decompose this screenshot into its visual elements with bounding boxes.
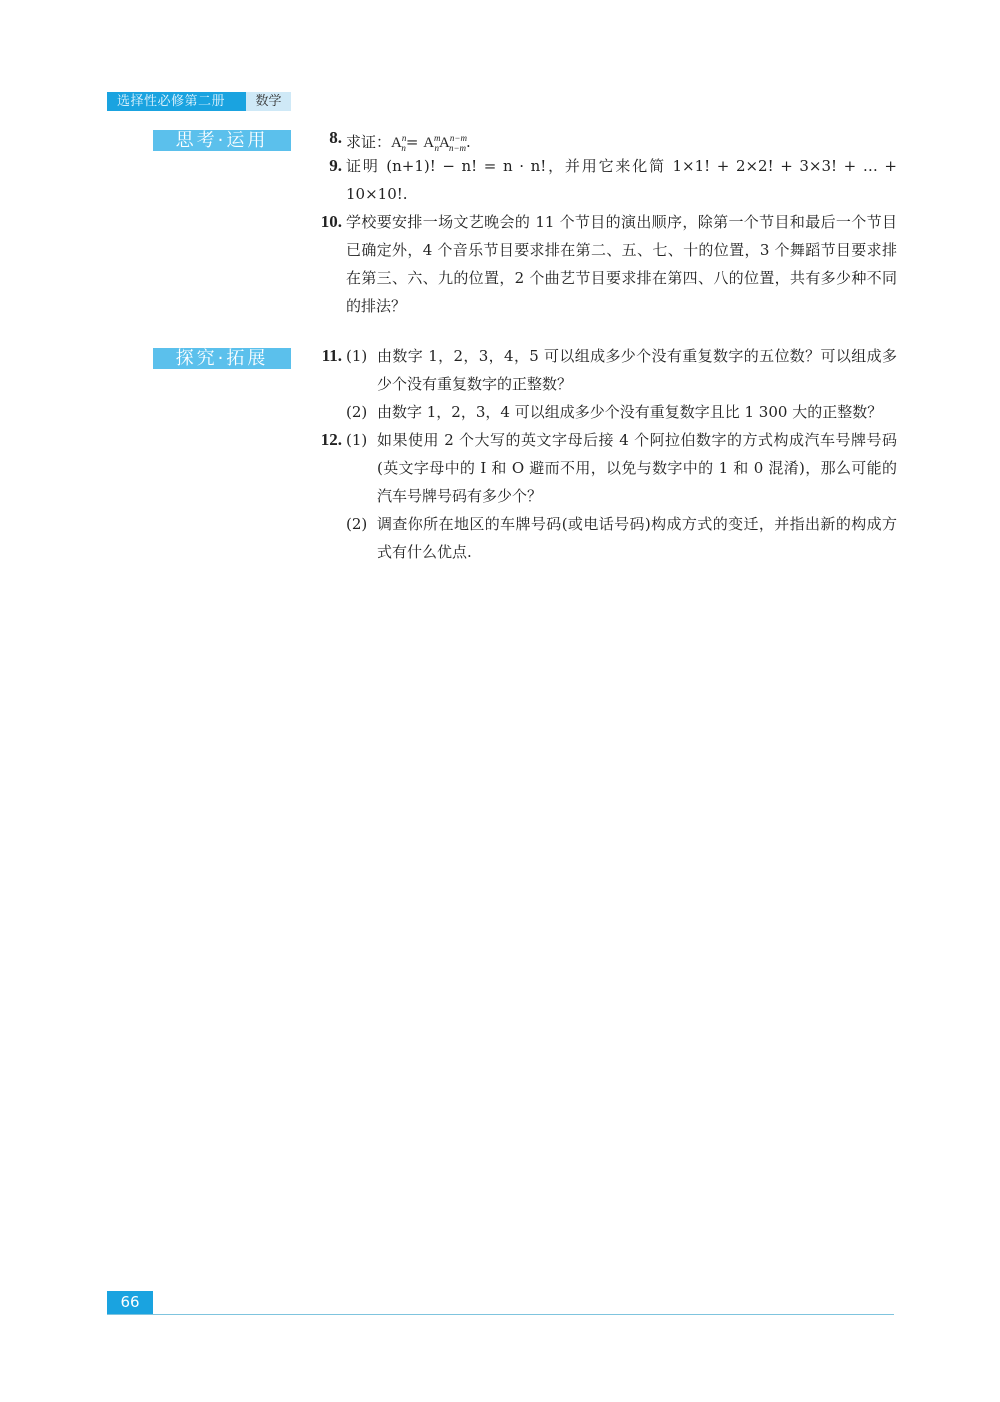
subproblem: (1) 如果使用 2 个大写的英文字母后接 4 个阿拉伯数字的方式构成汽车号牌号… — [346, 426, 897, 510]
problem-number: 8. — [312, 124, 342, 152]
subject-label: 数学 — [246, 92, 291, 111]
problem-text: 证明 (n+1)! − n! = n · n!，并用它来化简 1×1! + 2×… — [346, 152, 897, 208]
subproblem-text: 由数字 1，2，3，4 可以组成多少个没有重复数字且比 1 300 大的正整数？ — [377, 398, 897, 426]
subproblem-text: 调查你所在地区的车牌号码(或电话号码)构成方式的变迁，并指出新的构成方式有什么优… — [377, 510, 897, 566]
problem-text: 学校要安排一场文艺晚会的 11 个节目的演出顺序，除第一个节目和最后一个节目已确… — [346, 208, 897, 320]
problem-10: 10. 学校要安排一场文艺晚会的 11 个节目的演出顺序，除第一个节目和最后一个… — [312, 208, 897, 320]
running-header: 选择性必修第二册 数学 — [107, 92, 291, 111]
subproblem-label: (2) — [346, 510, 367, 538]
book-title: 选择性必修第二册 — [107, 92, 246, 111]
subproblem-text: 由数字 1，2，3，4，5 可以组成多少个没有重复数字的五位数？可以组成多少个没… — [377, 342, 897, 398]
problem-number: 9. — [312, 152, 342, 180]
problem-number: 10. — [312, 208, 342, 236]
page-number: 66 — [107, 1291, 153, 1314]
subproblem: (1) 由数字 1，2，3，4，5 可以组成多少个没有重复数字的五位数？可以组成… — [346, 342, 897, 398]
subproblem-label: (1) — [346, 342, 367, 370]
subproblem-label: (2) — [346, 398, 367, 426]
subproblem: (2) 调查你所在地区的车牌号码(或电话号码)构成方式的变迁，并指出新的构成方式… — [346, 510, 897, 566]
subproblem: (2) 由数字 1，2，3，4 可以组成多少个没有重复数字且比 1 300 大的… — [346, 398, 897, 426]
problem-number: 12. — [312, 426, 342, 454]
subproblem-text: 如果使用 2 个大写的英文字母后接 4 个阿拉伯数字的方式构成汽车号牌号码(英文… — [377, 426, 897, 510]
subproblem-label: (1) — [346, 426, 367, 454]
problem-number: 11. — [312, 342, 342, 370]
footer-rule — [107, 1314, 894, 1315]
problem-11: 11. (1) 由数字 1，2，3，4，5 可以组成多少个没有重复数字的五位数？… — [312, 342, 897, 426]
problem-9: 9. 证明 (n+1)! − n! = n · n!，并用它来化简 1×1! +… — [312, 152, 897, 208]
problem-12: 12. (1) 如果使用 2 个大写的英文字母后接 4 个阿拉伯数字的方式构成汽… — [312, 426, 897, 566]
section-tag-explore-extend: 探究·拓展 — [153, 348, 291, 369]
section-tag-think-apply: 思考·运用 — [153, 130, 291, 151]
